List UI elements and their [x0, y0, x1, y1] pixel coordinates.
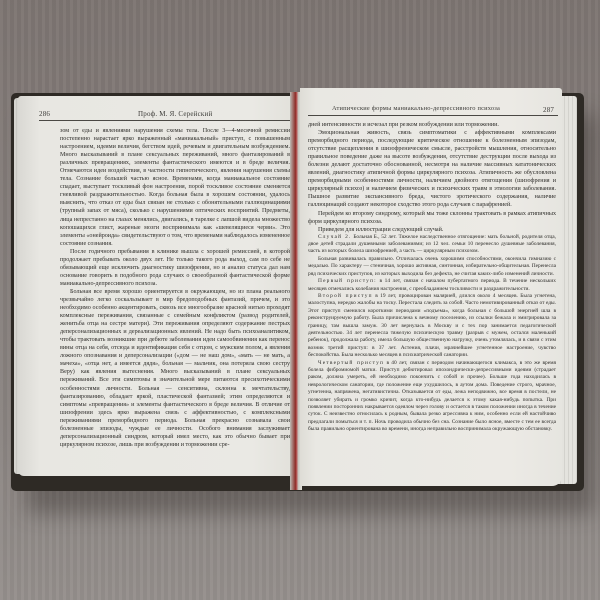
paragraph: Перейдем ко второму синдрому, который мы… — [308, 210, 556, 226]
paragraph: Больная все время хорошо ориентируется в… — [60, 288, 290, 449]
right-page-number: 287 — [543, 106, 554, 114]
paragraph: дней интенсивности и исчезал при резком … — [308, 121, 556, 129]
paragraph: Эмоциональная живость, связь симптоматик… — [308, 129, 556, 209]
attack-text: в 19 лет, провоцирован малярией, длился … — [308, 293, 556, 358]
paragraph: После годичного пребывания в клинике выш… — [60, 248, 290, 288]
left-page-number: 286 — [39, 110, 50, 118]
case-title: Случай 2. — [318, 234, 352, 240]
attack-text: в 40 лет, связан с периодом начинающегос… — [308, 360, 556, 433]
left-body-text: зом от еды и явлениями нарушения схемы т… — [60, 127, 290, 472]
case-study: Случай 2. Больная Б., 52 лет. Тяжелое на… — [308, 234, 556, 434]
attack-label: Четвертый приступ — [318, 360, 384, 366]
case-personality: Больная развивалась правильно. Отличалас… — [308, 256, 556, 278]
left-page: 286 Проф. М. Я. Серейский зом от еды и я… — [18, 96, 293, 476]
attack-label: Второй приступ — [318, 293, 373, 299]
right-page: Атипические формы маниакально-депрессивн… — [300, 88, 562, 486]
paragraph: зом от еды и явлениями нарушения схемы т… — [60, 127, 290, 248]
right-body-text: дней интенсивности и исчезал при резком … — [308, 121, 556, 451]
left-header-rule — [39, 120, 291, 121]
paragraph: Приведем для иллюстрации следующий случа… — [308, 226, 556, 234]
left-running-head: Проф. М. Я. Серейский — [138, 110, 212, 118]
attack-label: Первый приступ: — [318, 278, 377, 284]
right-running-head: Атипические формы маниакально-депрессивн… — [332, 105, 500, 112]
right-header-rule — [308, 115, 558, 116]
